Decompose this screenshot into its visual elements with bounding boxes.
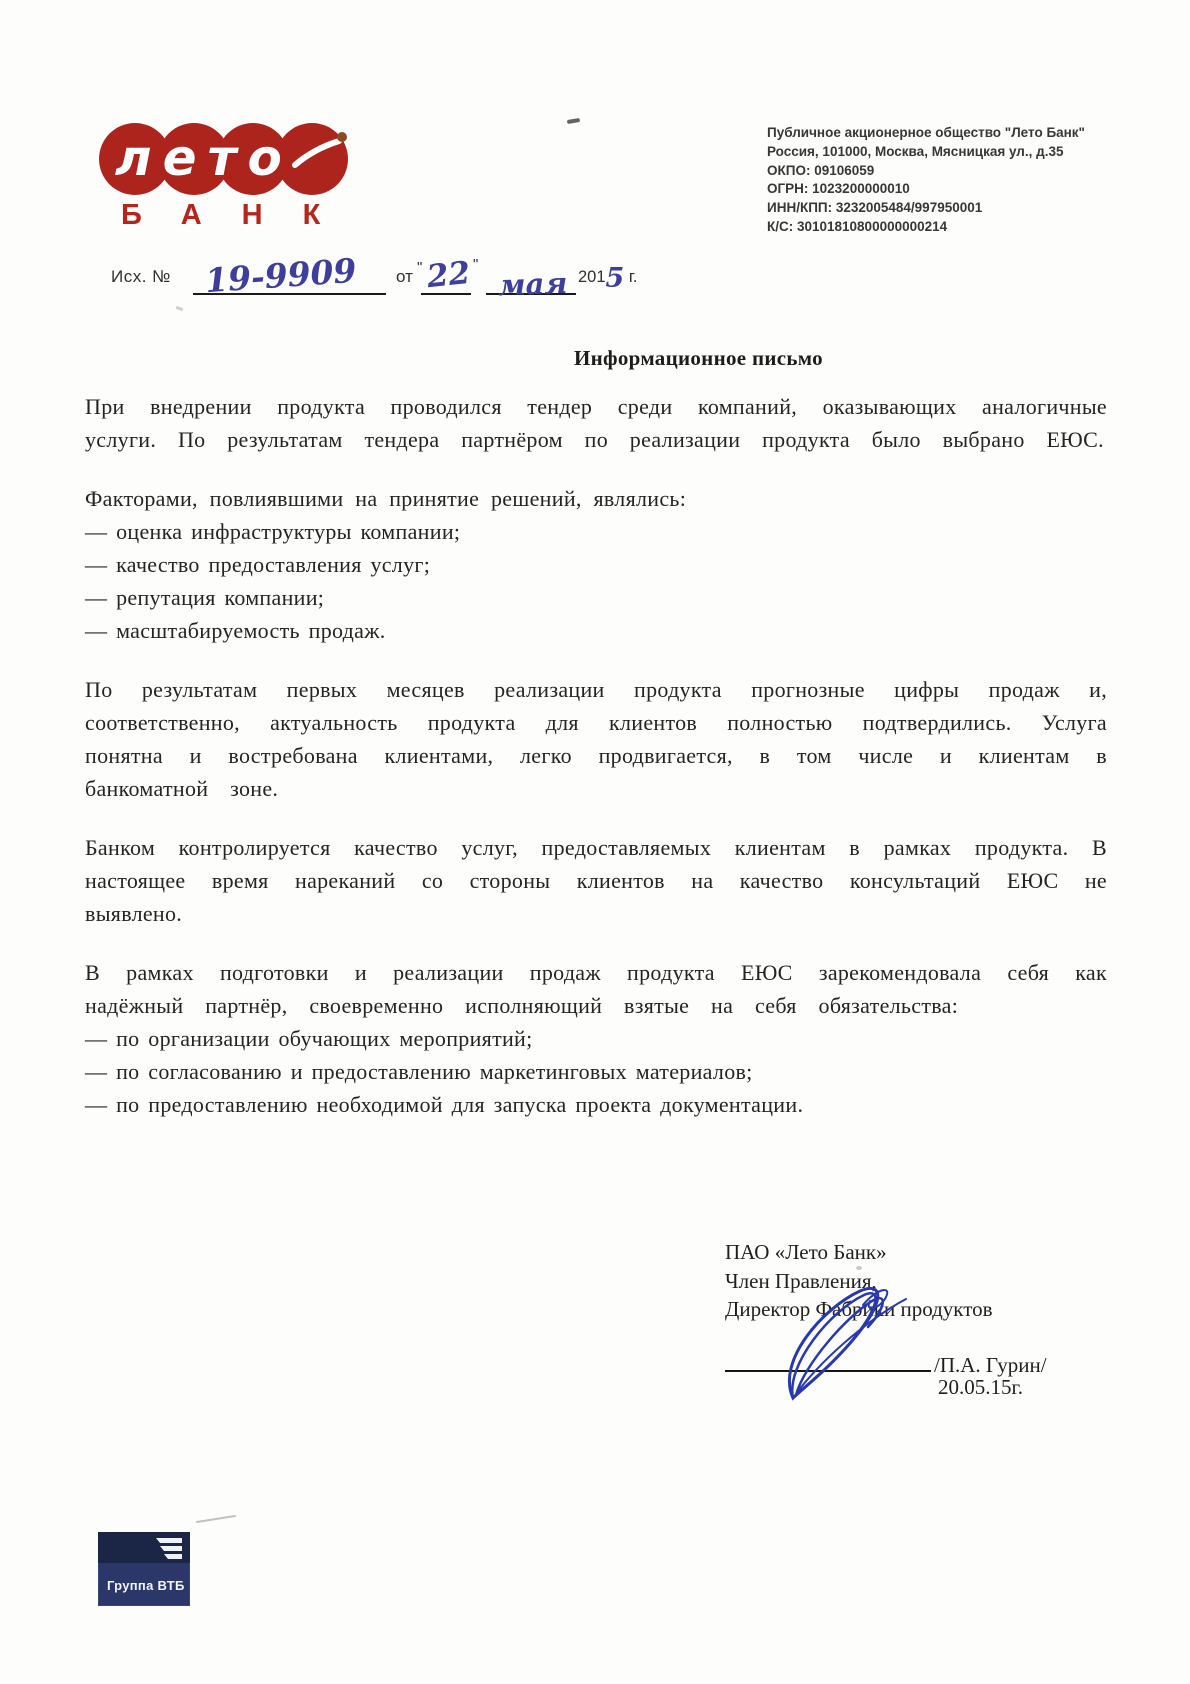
signature-stroke-icon (768, 1283, 923, 1408)
list-item: — по организации обучающих мероприятий; (85, 1022, 1107, 1055)
dash-list: — оценка инфраструктуры компании; — каче… (85, 515, 1107, 647)
ref-number-underline: 19-9909 (193, 252, 386, 295)
document-title: Информационное письмо (574, 346, 823, 371)
dash-list: — по организации обучающих мероприятий; … (85, 1022, 1107, 1121)
paragraph: Факторами, повлиявшими на принятие решен… (85, 482, 1107, 515)
leto-logo-circles-icon: лето (99, 121, 351, 197)
company-info-line: ОКПО: 09106059 (767, 162, 1107, 181)
company-info-line: ИНН/КПП: 3232005484/997950001 (767, 199, 1107, 218)
ref-year-suffix: г. (629, 268, 638, 286)
scan-speck (856, 1266, 862, 1270)
ref-number-label: Исх. № (111, 267, 171, 287)
leto-logo-script-word: лето (115, 129, 293, 187)
ref-day-underline: 22 (421, 252, 471, 295)
paragraph: Банком контролируется качество услуг, пр… (85, 831, 1107, 930)
paragraph: По результатам первых месяцев реализации… (85, 673, 1107, 805)
registered-mark-icon (337, 132, 347, 142)
paragraph: В рамках подготовки и реализации продаж … (85, 956, 1107, 1022)
scan-speck (196, 1515, 236, 1523)
list-item: — качество предоставления услуг; (85, 548, 1107, 581)
signature-company: ПАО «Лето Банк» (725, 1238, 993, 1267)
scan-speck (176, 306, 184, 311)
scanned-letter-page: лето БАНК Публичное акционерное общество… (0, 0, 1190, 1684)
list-item: — оценка инфраструктуры компании; (85, 515, 1107, 548)
ref-year-printed: 201 (578, 268, 606, 286)
ref-year-digit-handwritten: 5 (606, 263, 625, 294)
company-info-line: К/С: 30101810800000000214 (767, 218, 1107, 237)
list-item: — по предоставлению необходимой для запу… (85, 1088, 1107, 1121)
signature-date: 20.05.15г. (938, 1375, 1023, 1400)
ref-year: 2015 г. (578, 265, 638, 292)
ref-number-handwritten: 19-9909 (204, 254, 357, 297)
ref-close-quote: " (473, 256, 478, 273)
scan-speck (567, 118, 580, 124)
ref-month-underline: мая (486, 252, 576, 295)
vtb-group-logo: Группа ВТБ (98, 1532, 190, 1606)
paragraph: При внедрении продукта проводился тендер… (85, 390, 1107, 456)
vtb-wing-icon (147, 1536, 185, 1562)
list-item: — репутация компании; (85, 581, 1107, 614)
company-info-line: Россия, 101000, Москва, Мясницкая ул., д… (767, 143, 1107, 162)
list-item: — по согласованию и предоставлению марке… (85, 1055, 1107, 1088)
company-info-line: Публичное акционерное общество "Лето Бан… (767, 124, 1107, 143)
leto-logo-bank-word: БАНК (121, 199, 360, 232)
ref-month-handwritten: мая (498, 269, 568, 300)
leto-bank-logo: лето БАНК (99, 121, 359, 202)
ref-day-handwritten: 22 (425, 258, 471, 293)
list-item: — масштабируемость продаж. (85, 614, 1107, 647)
company-info-line: ОГРН: 1023200000010 (767, 180, 1107, 199)
vtb-group-label: Группа ВТБ (107, 1578, 185, 1593)
letter-body: При внедрении продукта проводился тендер… (85, 390, 1107, 1147)
ref-from-label: от (396, 267, 413, 287)
company-info-block: Публичное акционерное общество "Лето Бан… (767, 124, 1107, 237)
